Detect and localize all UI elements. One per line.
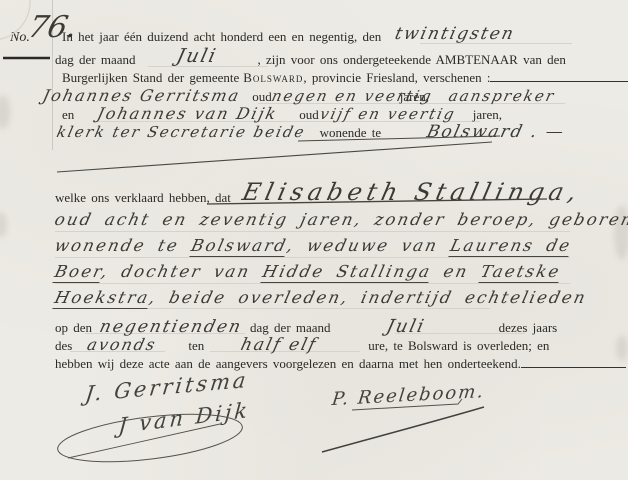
- signature3-swoosh: [322, 407, 484, 452]
- handwritten-parents-status-text: Hoekstra, beide overleden, indertijd ech…: [53, 288, 589, 307]
- signature-registrar: P. Reeleboom.: [331, 381, 487, 410]
- filler-line: [490, 70, 628, 82]
- line-residence: klerk ter Secretarie beidewonende teBols…: [57, 122, 581, 142]
- printed-oud: oud: [252, 89, 272, 104]
- line-declarant-2: enJohannes van Dijkoudvijf en veertigjar…: [62, 104, 502, 124]
- printed-province-text: , provincie Friesland, verschenen :: [303, 70, 490, 85]
- handwritten-residence-place: Bolsward . —: [409, 122, 584, 142]
- hand-text: , weduwe van: [285, 236, 453, 255]
- line-death-date: op dennegentiendendag der maandJulidezes…: [55, 316, 557, 337]
- ink-bleed-smudge: [0, 95, 10, 129]
- handwritten-day-ordinal: twintigsten: [379, 24, 532, 44]
- deceased-birthplace: Bolsward: [189, 236, 290, 257]
- mother-name-part1: Taetske: [478, 262, 562, 283]
- printed-year-text: In het jaar één duizend acht honderd een…: [62, 29, 381, 44]
- line-deceased-residence: wonende te Bolsward, weduwe van Laurens …: [55, 236, 571, 256]
- signature-declarant2: J van Dijk: [117, 398, 251, 439]
- diagonal-filler-line: [57, 142, 492, 172]
- line-year: In het jaar één duizend acht honderd een…: [62, 26, 529, 46]
- handwritten-daypart: avonds: [70, 335, 174, 354]
- line-death-time: desavondstenhalf elfure, te Bolsward is …: [55, 335, 549, 355]
- printed-oud: oud: [299, 107, 319, 122]
- line-parents: Boer, dochter van Hidde Stallinga en Tae…: [55, 262, 561, 282]
- printed-death-place-text: ure, te Bolsward is overleden; en: [368, 338, 549, 353]
- line-month: dag der maandJuli, zijn voor ons onderge…: [55, 47, 566, 69]
- printed-jaren: jaren,: [473, 107, 502, 122]
- printed-officials-intro: , zijn voor ons ondergeteekende AMBTENAA…: [258, 52, 566, 67]
- line-deceased-name: welke ons verklaard hebben, datElisabeth…: [55, 180, 581, 208]
- ink-bleed-smudge: [0, 212, 7, 238]
- printed-closing-text: hebben wij deze acte aan de aangevers vo…: [55, 356, 521, 371]
- handwritten-death-day: negentienden: [90, 317, 253, 337]
- line-closing: hebben wij deze acte aan de aangevers vo…: [55, 355, 626, 373]
- handwritten-declarant1-name: Johannes Gerritsma: [41, 86, 243, 105]
- printed-municipality-name: Bolsward: [243, 70, 303, 85]
- line-declarant-1: Johannes Gerritsmaoudnegen en veertigjar…: [43, 86, 561, 106]
- printed-declaration-text: welke ons verklaard hebben, dat: [55, 190, 231, 205]
- line-municipality: Burgerlijken Stand der gemeente Bolsward…: [62, 69, 628, 87]
- handwritten-deceased-age-text: oud acht en zeventig jaren, zonder beroe…: [53, 210, 628, 229]
- handwritten-declarant2-name: Johannes van Dijk: [88, 104, 287, 123]
- field-rule: [55, 283, 570, 284]
- death-certificate-scan: No. 76. In het jaar één duizend acht hon…: [0, 0, 628, 480]
- handwritten-deceased-name: Elisabeth Stallinga,: [240, 178, 584, 206]
- handwritten-time: half elf: [202, 335, 357, 355]
- father-name: Hidde Stallinga: [260, 262, 433, 283]
- printed-dezes-jaars: dezes jaars: [499, 320, 558, 335]
- handwritten-declarant1-occupation: aanspreker: [441, 87, 563, 105]
- hand-text: , dochter van: [100, 262, 266, 281]
- hand-text: wonende te: [53, 236, 194, 255]
- handwritten-death-month: Juli: [328, 316, 483, 337]
- handwritten-month: Juli: [133, 45, 260, 67]
- spouse-name-part1: Laurens de: [448, 236, 574, 257]
- handwritten-declarant2-occupation: klerk ter Secretarie beide: [55, 123, 308, 141]
- handwritten-parents-text: Boer, dochter van Hidde Stallinga en Tae…: [53, 262, 563, 281]
- field-rule: [55, 231, 570, 232]
- hand-text: en: [429, 262, 483, 281]
- filler-line: [521, 356, 626, 368]
- printed-op-den: op den: [55, 320, 92, 335]
- printed-registry-text: Burgerlijken Stand der gemeente: [62, 70, 239, 85]
- hand-text: , beide overleden, indertijd echtelieden: [147, 288, 589, 307]
- line-parents-status: Hoekstra, beide overleden, indertijd ech…: [55, 288, 587, 308]
- printed-en: en: [62, 107, 74, 122]
- spouse-name-part2: Boer: [52, 262, 104, 283]
- handwritten-deceased-residence-text: wonende te Bolsward, weduwe van Laurens …: [53, 236, 574, 255]
- handwritten-declarant2-age: vijf en veertig: [317, 105, 459, 123]
- mother-name-part2: Hoekstra: [52, 288, 151, 309]
- handwritten-declarant1-age: negen en veertig: [270, 87, 402, 105]
- line-deceased-age: oud acht en zeventig jaren, zonder beroe…: [55, 210, 628, 230]
- printed-wonende-te: wonende te: [320, 125, 382, 140]
- field-rule: [55, 257, 570, 258]
- printed-dag-der-maand: dag der maand: [250, 320, 331, 335]
- printed-month-label: dag der maand: [55, 52, 136, 67]
